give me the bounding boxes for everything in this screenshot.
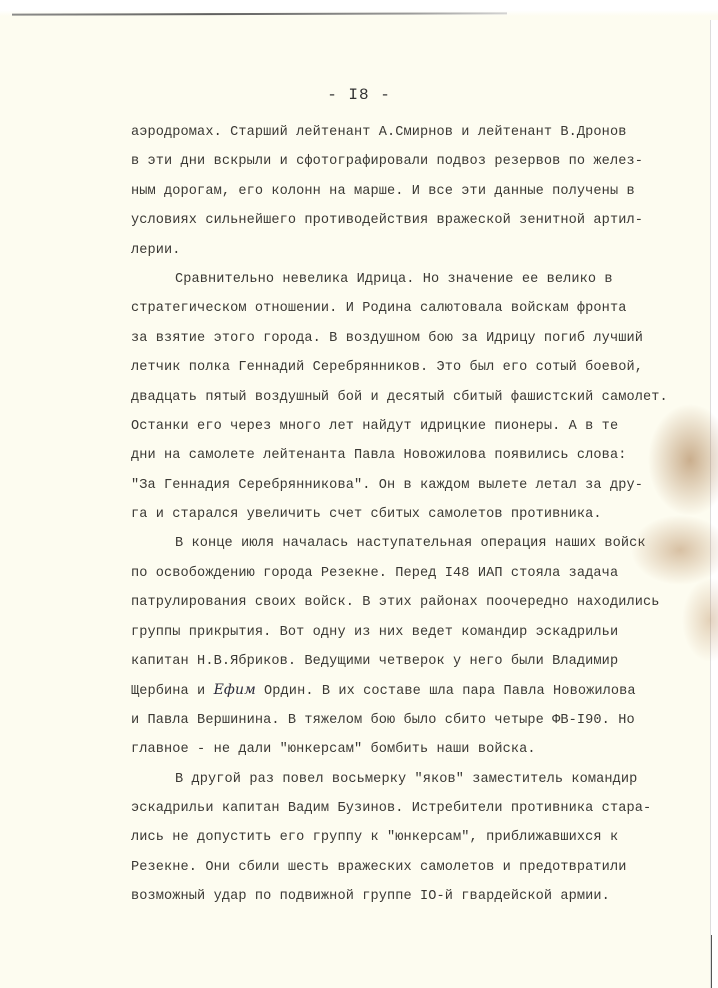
text-line: за взятие этого города. В воздушном бою … — [131, 324, 691, 353]
text-line: условиях сильнейшего противодействия вра… — [131, 206, 691, 235]
scan-right-edge — [710, 20, 718, 988]
text-line: стратегическом отношении. И Родина салют… — [131, 294, 691, 323]
text-line: патрулирования своих войск. В этих район… — [131, 588, 691, 617]
text-line: "За Геннадия Серебрянникова". Он в каждо… — [131, 471, 691, 500]
text-line: Щербина и Ефим Ордин. В их составе шла п… — [131, 676, 691, 705]
text-line: возможный удар по подвижной группе IO-й … — [131, 882, 691, 911]
text-line: летчик полка Геннадий Серебрянников. Это… — [131, 353, 691, 382]
text-line: лерии. — [131, 236, 691, 265]
text-line: и Павла Вершинина. В тяжелом бою было сб… — [131, 706, 691, 735]
text-line: Резекне. Они сбили шесть вражеских самол… — [131, 853, 691, 882]
text-line: Сравнительно невелика Идрица. Но значени… — [131, 265, 691, 294]
text-line: дни на самолете лейтенанта Павла Новожил… — [131, 441, 691, 470]
text-line: ным дорогам, его колонн на марше. И все … — [131, 177, 691, 206]
text-line: капитан Н.В.Ябриков. Ведущими четверок у… — [131, 647, 691, 676]
handwritten-insert: Ефим — [214, 682, 256, 698]
text-line: главное - не дали "юнкерсам" бомбить наш… — [131, 735, 691, 764]
text-line: аэродромах. Старший лейтенант А.Смирнов … — [131, 118, 691, 147]
text-line: эскадрильи капитан Вадим Бузинов. Истреб… — [131, 794, 691, 823]
text-segment: Ордин. В их составе шла пара Павла Новож… — [256, 684, 636, 699]
text-line: В другой раз повел восьмерку "яков" заме… — [131, 765, 691, 794]
text-line: группы прикрытия. Вот одну из них ведет … — [131, 618, 691, 647]
text-line: га и старался увеличить счет сбитых само… — [131, 500, 691, 529]
text-segment: Щербина и — [131, 684, 214, 699]
text-line: в эти дни вскрыли и сфотографировали под… — [131, 147, 691, 176]
page-number: - I8 - — [0, 86, 718, 104]
text-line: двадцать пятый воздушный бой и десятый с… — [131, 383, 691, 412]
scan-corner-mark — [711, 935, 712, 988]
document-page: - I8 - аэродромах. Старший лейтенант А.С… — [0, 0, 718, 988]
text-line: В конце июля началась наступательная опе… — [131, 529, 691, 558]
text-line: Останки его через много лет найдут идриц… — [131, 412, 691, 441]
text-line: лись не допустить его группу к "юнкерсам… — [131, 823, 691, 852]
text-line: по освобождению города Резекне. Перед I4… — [131, 559, 691, 588]
typed-body-text: аэродромах. Старший лейтенант А.Смирнов … — [131, 118, 691, 912]
